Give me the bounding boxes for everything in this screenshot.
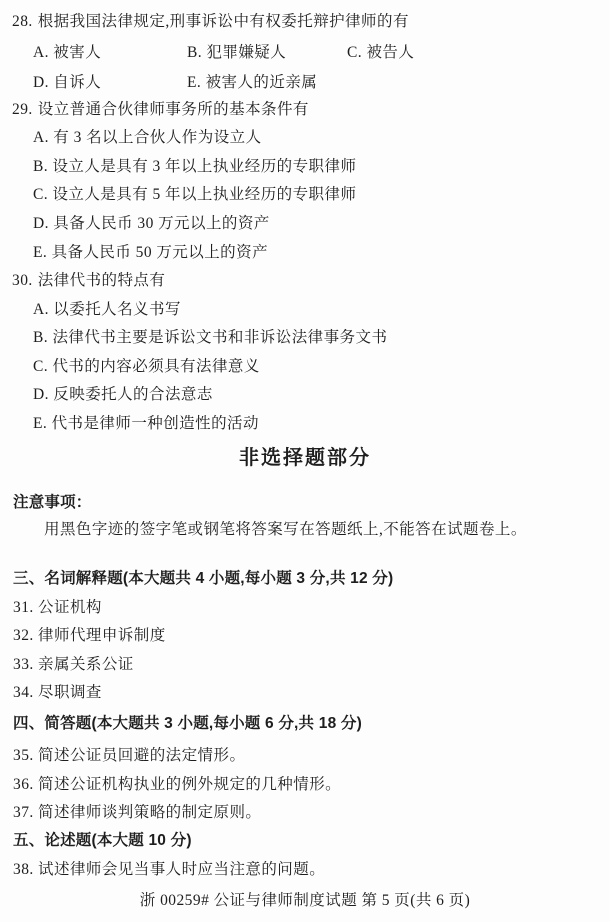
non-choice-section-title: 非选择题部分 (0, 446, 610, 471)
question-31: 31. 公证机构 (13, 598, 102, 617)
question-33: 33. 亲属关系公证 (13, 655, 134, 674)
question-28-option-b: B. 犯罪嫌疑人 (187, 43, 286, 62)
question-30-option-c: C. 代书的内容必须具有法律意义 (33, 357, 260, 376)
question-30-option-b: B. 法律代书主要是诉讼文书和非诉讼法律事务文书 (33, 328, 387, 347)
question-28-option-a: A. 被害人 (33, 43, 101, 62)
section-five-heading: 五、论述题(本大题 10 分) (13, 831, 192, 850)
question-38: 38. 试述律师会见当事人时应当注意的问题。 (13, 860, 325, 879)
question-37: 37. 简述律师谈判策略的制定原则。 (13, 803, 261, 822)
question-30-option-a: A. 以委托人名义书写 (33, 300, 181, 319)
section-four-heading: 四、简答题(本大题共 3 小题,每小题 6 分,共 18 分) (13, 714, 362, 733)
notice-label: 注意事项： (13, 493, 92, 512)
question-29-option-a: A. 有 3 名以上合伙人作为设立人 (33, 128, 262, 147)
question-28: 28.根据我国法律规定,刑事诉讼中有权委托辩护律师的有 (12, 12, 409, 31)
question-28-number: 28. (12, 13, 33, 30)
question-34: 34. 尽职调查 (13, 683, 102, 702)
notice-text: 用黑色字迹的签字笔或钢笔将答案写在答题纸上,不能答在试题卷上。 (44, 520, 527, 539)
question-36: 36. 简述公证机构执业的例外规定的几种情形。 (13, 775, 341, 794)
question-29-number: 29. (12, 101, 33, 118)
question-35: 35. 简述公证员回避的法定情形。 (13, 746, 245, 765)
question-30-option-e: E. 代书是律师一种创造性的活动 (33, 414, 259, 433)
question-29-option-c: C. 设立人是具有 5 年以上执业经历的专职律师 (33, 185, 356, 204)
question-30-option-d: D. 反映委托人的合法意志 (33, 385, 213, 404)
question-29-option-d: D. 具备人民币 30 万元以上的资产 (33, 214, 270, 233)
question-32: 32. 律师代理申诉制度 (13, 626, 166, 645)
section-three-heading: 三、名词解释题(本大题共 4 小题,每小题 3 分,共 12 分) (13, 569, 393, 588)
question-29-option-b: B. 设立人是具有 3 年以上执业经历的专职律师 (33, 157, 356, 176)
page-footer: 浙 00259# 公证与律师制度试题 第 5 页(共 6 页) (0, 891, 610, 910)
exam-page: 28.根据我国法律规定,刑事诉讼中有权委托辩护律师的有 A. 被害人 B. 犯罪… (0, 0, 610, 922)
question-28-option-d: D. 自诉人 (33, 73, 101, 92)
question-28-option-c: C. 被告人 (347, 43, 414, 62)
question-30-number: 30. (12, 272, 33, 289)
question-28-option-e: E. 被害人的近亲属 (187, 73, 317, 92)
question-29-option-e: E. 具备人民币 50 万元以上的资产 (33, 243, 268, 262)
question-28-stem: 根据我国法律规定,刑事诉讼中有权委托辩护律师的有 (38, 13, 409, 30)
question-29: 29.设立普通合伙律师事务所的基本条件有 (12, 100, 309, 119)
question-30-stem: 法律代书的特点有 (38, 272, 166, 289)
question-30: 30.法律代书的特点有 (12, 271, 165, 290)
question-29-stem: 设立普通合伙律师事务所的基本条件有 (38, 101, 309, 118)
